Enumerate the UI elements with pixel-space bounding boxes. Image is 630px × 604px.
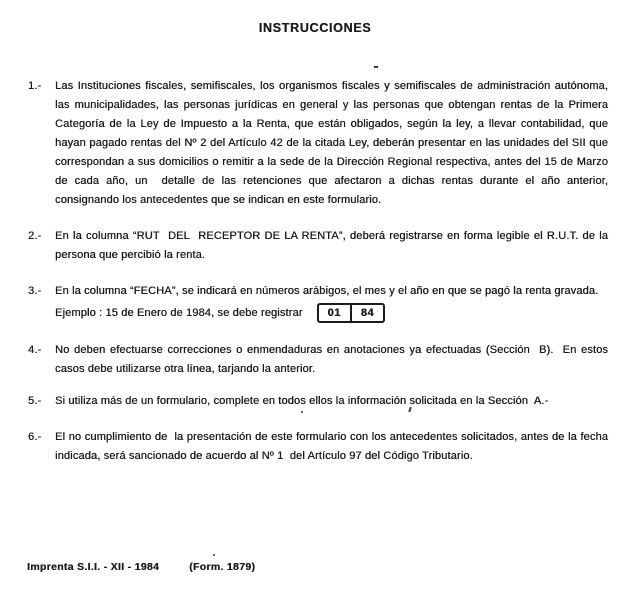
date-example-row: Ejemplo : 15 de Enero de 1984, se debe r… xyxy=(55,302,608,324)
item-body: En la columna “FECHA”, se indicará en nú… xyxy=(55,282,608,324)
instruction-item-6: 6.- El no cumplimiento de la presentació… xyxy=(28,428,608,466)
imprint-text: Imprenta S.I.I. - XII - 1984 xyxy=(27,561,159,573)
instruction-item-3: 3.- En la columna “FECHA”, se indicará e… xyxy=(28,282,608,324)
item-number: 5.- xyxy=(28,392,55,411)
form-number: (Form. 1879) xyxy=(189,561,255,573)
date-month-cell: 01 xyxy=(319,305,350,321)
item-text: No deben efectuarse correcciones o enmen… xyxy=(55,341,608,379)
item-number: 6.- xyxy=(28,428,55,466)
date-example-box: 01 84 xyxy=(317,303,386,323)
scanned-instructions-page: INSTRUCCIONES 1.- Las Instituciones fisc… xyxy=(0,0,630,604)
item-number: 1.- xyxy=(28,77,55,210)
page-title: INSTRUCCIONES xyxy=(28,21,602,35)
instruction-item-4: 4.- No deben efectuarse correcciones o e… xyxy=(28,341,608,379)
item-text: En la columna “FECHA”, se indicará en nú… xyxy=(55,285,598,297)
scan-artifact xyxy=(213,554,215,556)
instruction-item-5: 5.- Si utiliza más de un formulario, com… xyxy=(28,392,608,411)
item-text: En la columna “RUT DEL RECEPTOR DE LA RE… xyxy=(55,227,608,265)
item-number: 2.- xyxy=(28,227,55,265)
item-text: Las Instituciones fiscales, semifiscales… xyxy=(55,77,608,210)
item-number: 4.- xyxy=(28,341,55,379)
scan-artifact xyxy=(374,66,378,68)
example-label: Ejemplo : 15 de Enero de 1984, se debe r… xyxy=(55,304,303,323)
instruction-item-2: 2.- En la columna “RUT DEL RECEPTOR DE L… xyxy=(28,227,608,265)
item-text: El no cumplimiento de la presentación de… xyxy=(55,428,608,466)
print-footer: Imprenta S.I.I. - XII - 1984 (Form. 1879… xyxy=(27,561,255,573)
instruction-item-1: 1.- Las Instituciones fiscales, semifisc… xyxy=(28,77,608,210)
item-text: Si utiliza más de un formulario, complet… xyxy=(55,392,608,411)
date-year-cell: 84 xyxy=(350,305,383,321)
scan-artifact xyxy=(301,411,303,413)
item-number: 3.- xyxy=(28,282,55,324)
